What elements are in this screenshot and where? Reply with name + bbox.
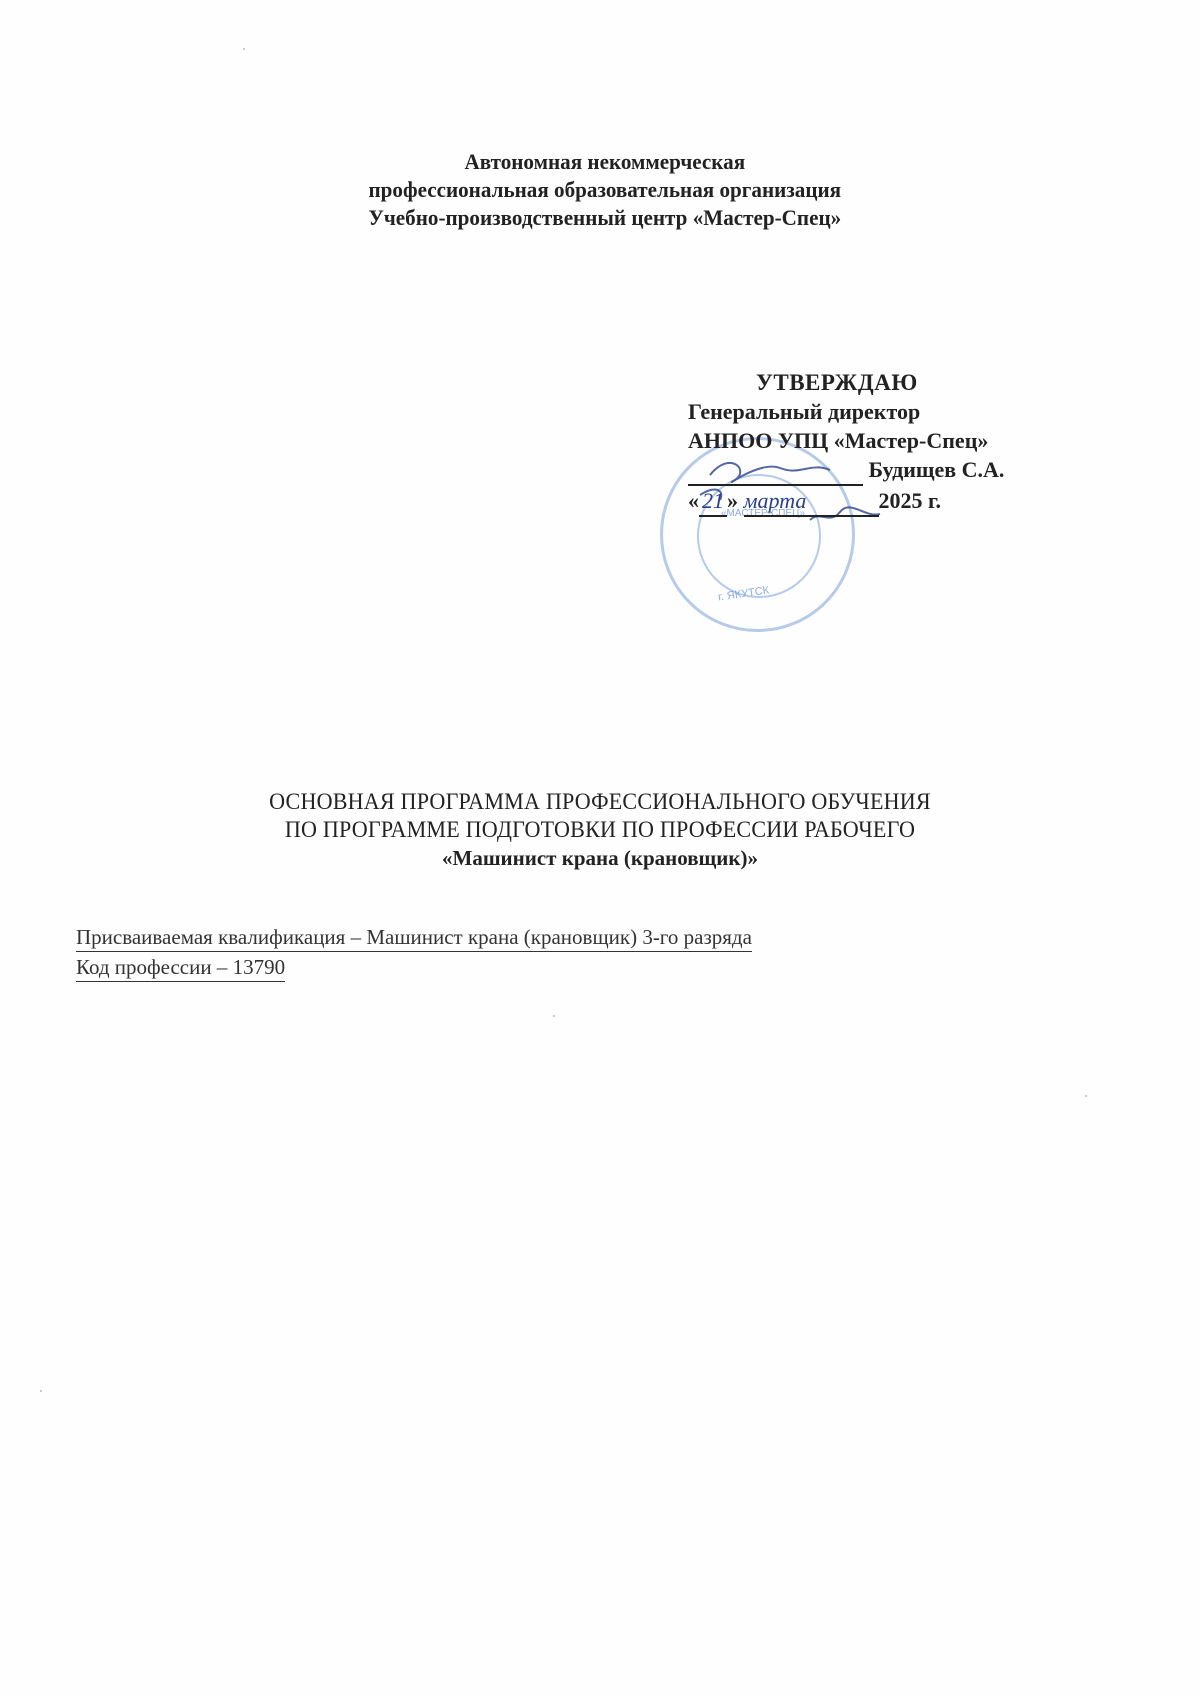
scan-speck bbox=[1085, 1095, 1087, 1097]
program-title-line-1: ОСНОВНАЯ ПРОГРАММА ПРОФЕССИОНАЛЬНОГО ОБУ… bbox=[24, 788, 1176, 816]
approval-org: АНПОО УПЦ «Мастер-Спец» bbox=[676, 426, 1096, 455]
signature-line: Будищев С.А. bbox=[676, 455, 1096, 486]
organization-header: Автономная некоммерческая профессиональн… bbox=[24, 148, 1176, 232]
signer-name: Будищев С.А. bbox=[869, 457, 1005, 482]
scan-speck bbox=[243, 48, 245, 50]
approval-block: УТВЕРЖДАЮ Генеральный директор АНПОО УПЦ… bbox=[676, 368, 1096, 517]
org-line-2: профессиональная образовательная организ… bbox=[34, 176, 1176, 204]
scan-speck bbox=[40, 1390, 42, 1392]
document-page: Автономная некоммерческая профессиональн… bbox=[0, 0, 1200, 1696]
date-day: 21 bbox=[699, 486, 727, 517]
org-line-3: Учебно-производственный центр «Мастер-Сп… bbox=[34, 204, 1176, 232]
date-month: марта bbox=[744, 486, 879, 517]
approval-position: Генеральный директор bbox=[676, 397, 1096, 426]
qualification-block: Присваиваемая квалификация – Машинист кр… bbox=[76, 924, 752, 984]
scan-speck bbox=[553, 1015, 555, 1017]
program-title-line-2: ПО ПРОГРАММЕ ПОДГОТОВКИ ПО ПРОФЕССИИ РАБ… bbox=[24, 816, 1176, 844]
quote-close: » bbox=[727, 488, 738, 513]
date-year: 2025 г. bbox=[879, 488, 942, 513]
approval-heading: УТВЕРЖДАЮ bbox=[676, 368, 1096, 397]
program-profession: «Машинист крана (крановщик)» bbox=[0, 844, 1200, 872]
program-title: ОСНОВНАЯ ПРОГРАММА ПРОФЕССИОНАЛЬНОГО ОБУ… bbox=[0, 788, 1200, 872]
org-line-1: Автономная некоммерческая bbox=[34, 148, 1176, 176]
assigned-qualification: Присваиваемая квалификация – Машинист кр… bbox=[76, 924, 752, 952]
approval-date: «21» марта2025 г. bbox=[676, 486, 1096, 517]
quote-open: « bbox=[688, 488, 699, 513]
profession-code: Код профессии – 13790 bbox=[76, 954, 285, 982]
signature-blank bbox=[688, 455, 863, 486]
